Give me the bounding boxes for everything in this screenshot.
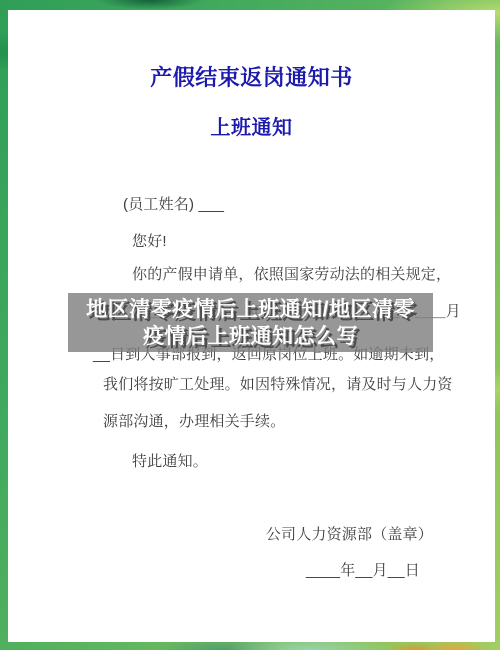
document-title: 产假结束返岗通知书 [8,61,495,92]
closing-line: 特此通知。 [132,452,208,472]
watermark-caption-line-1: 地区清零疫情后上班通知/地区清零 [68,296,433,323]
watermark-caption-band: 地区清零疫情后上班通知/地区清零 疫情后上班通知怎么写 [68,293,433,352]
date-line: ____年__月__日 [306,561,420,581]
notice-document-card: 产假结束返岗通知书 上班通知 (员工姓名) ___ 您好! 你的产假申请单，依照… [8,10,495,642]
watermark-caption-line-2: 疫情后上班通知怎么写 [68,323,433,350]
body-line-1: 你的产假申请单，依照国家劳动法的相关规定， [132,265,451,285]
green-textured-background: 产假结束返岗通知书 上班通知 (员工姓名) ___ 您好! 你的产假申请单，依照… [0,0,500,650]
salutation-line: (员工姓名) ___ [123,195,224,215]
body-line-4: 我们将按旷工处理。如因特殊情况，请及时与人力资 [103,375,453,395]
body-line-5: 源部沟通，办理相关手续。 [103,412,285,432]
document-subtitle: 上班通知 [8,111,495,140]
greeting-line: 您好! [132,232,167,252]
signature-line: 公司人力资源部（盖章） [266,525,433,545]
